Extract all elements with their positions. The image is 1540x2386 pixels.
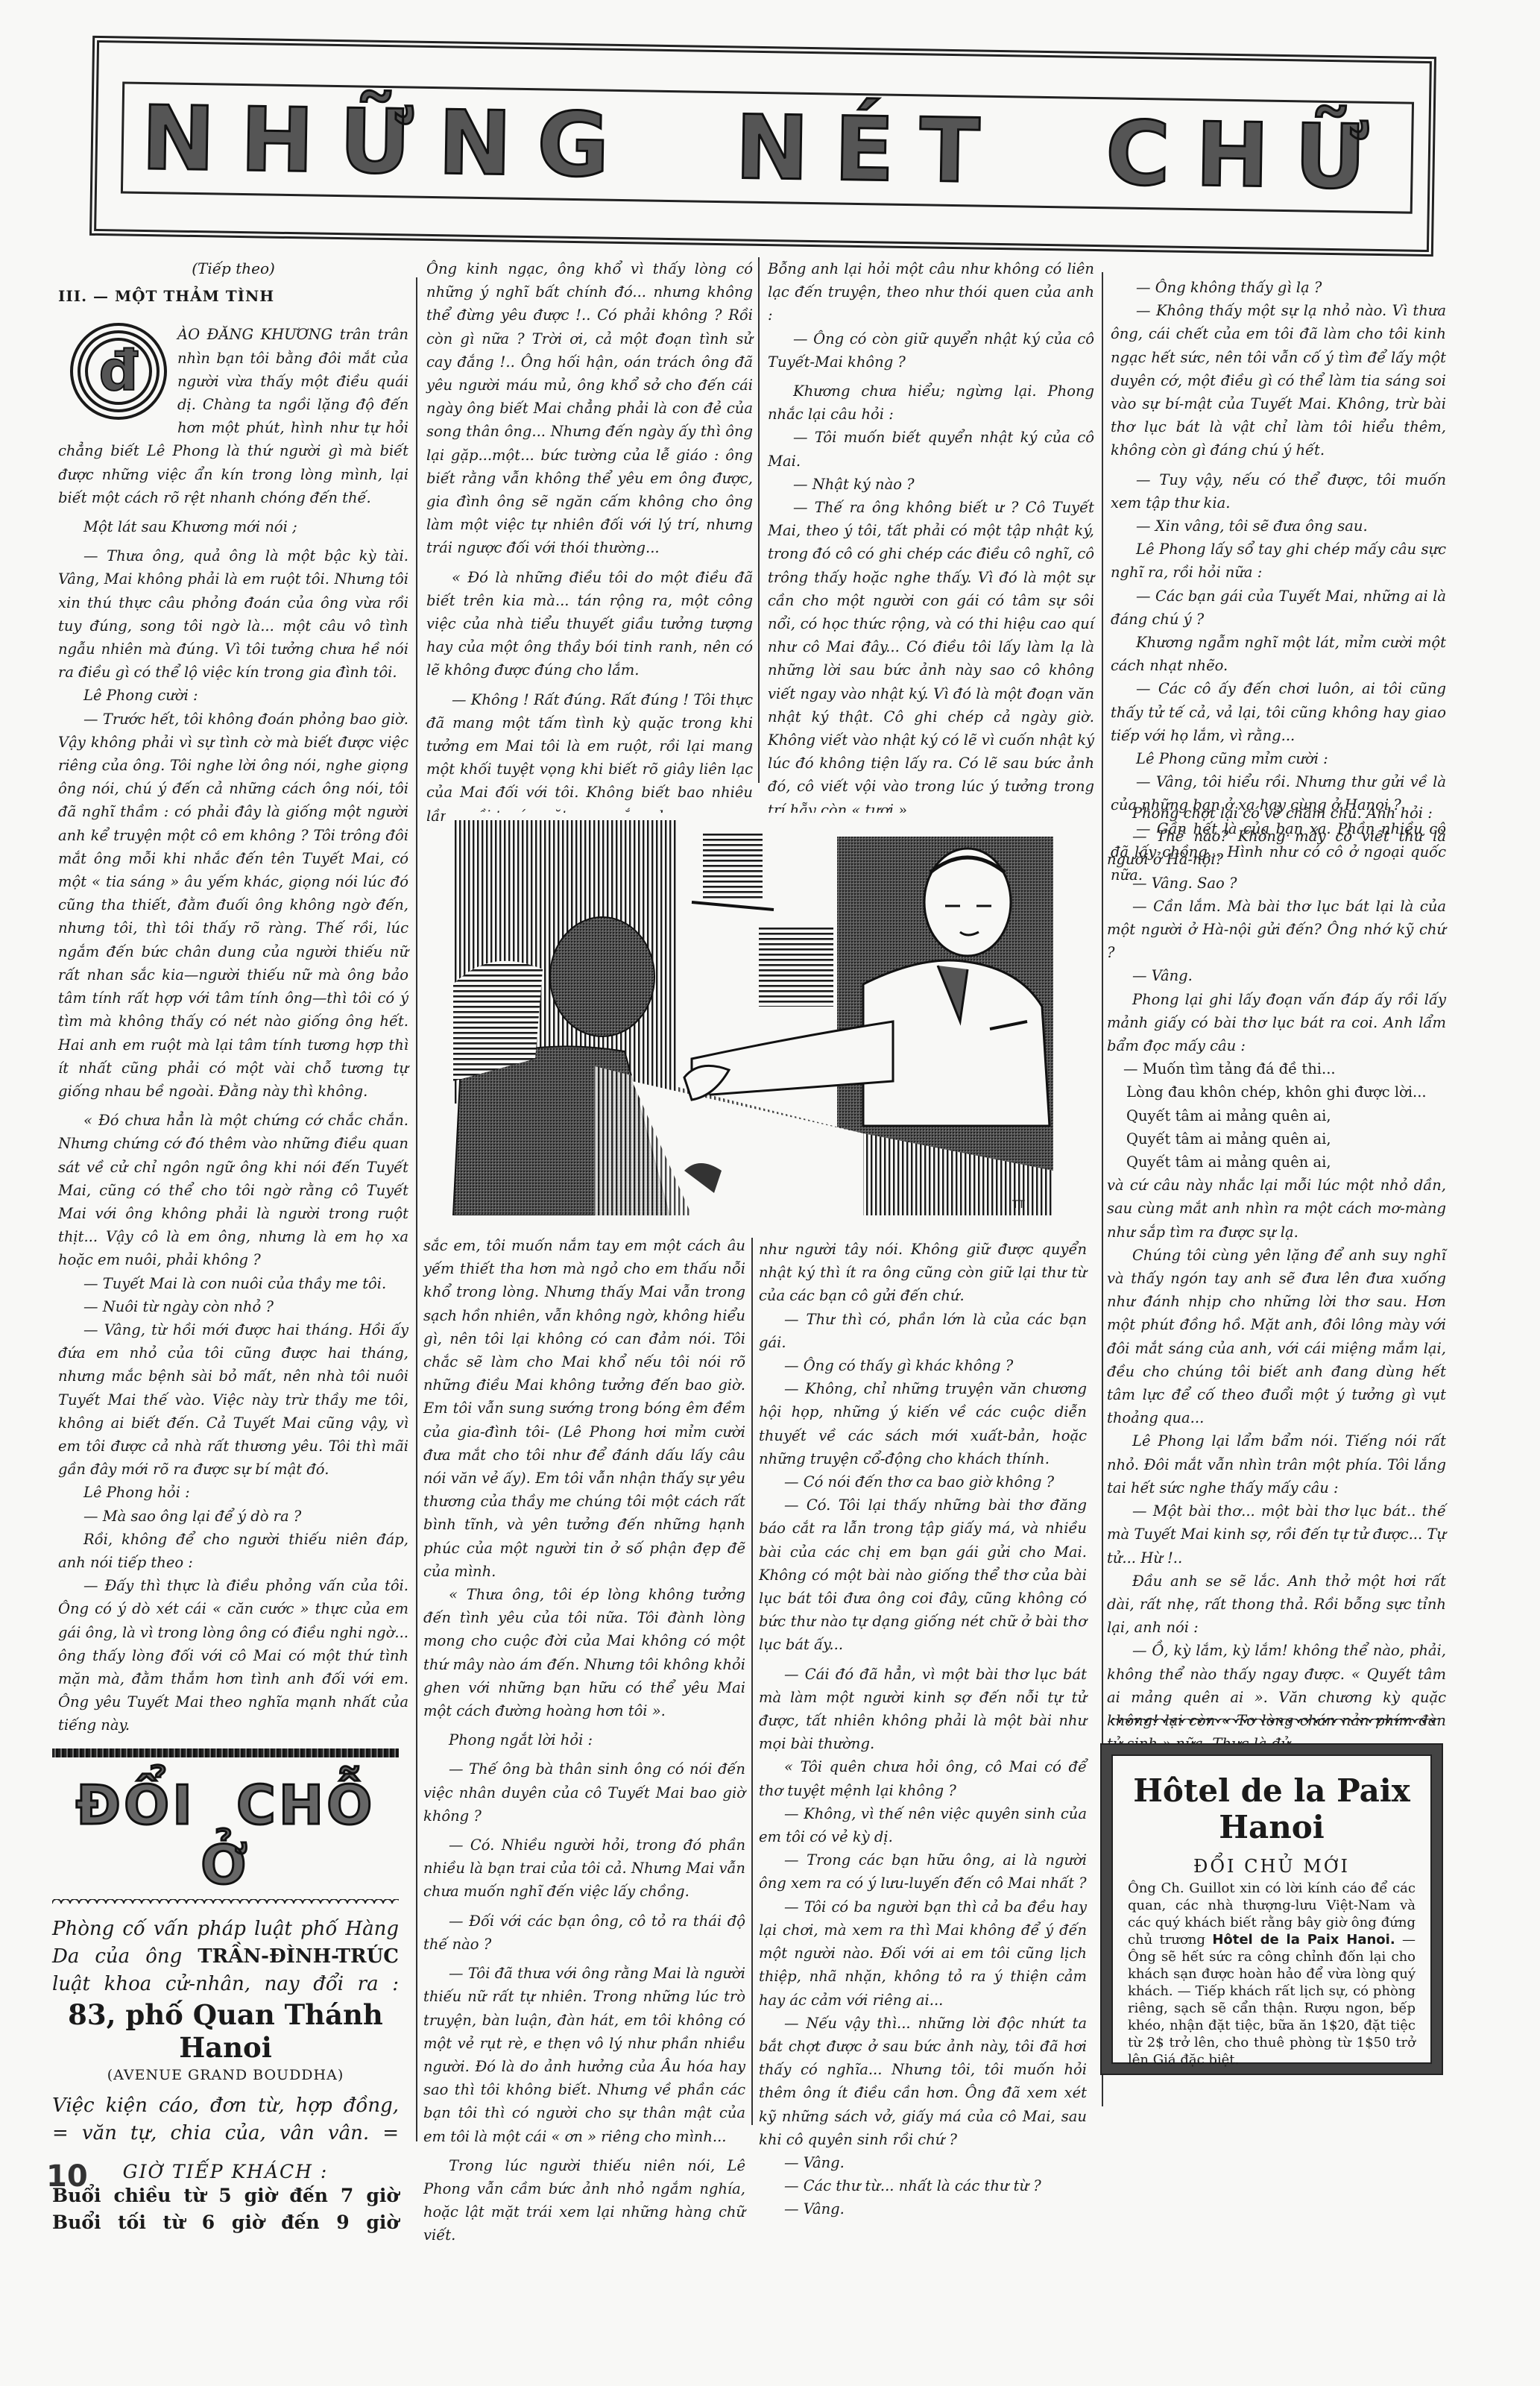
- paragraph: Phong ngắt lời hỏi :: [423, 1728, 745, 1751]
- paragraph: Ông kinh ngạc, ông khổ vì thấy lòng có n…: [426, 257, 753, 560]
- paragraph: — Ồ, kỳ lắm, kỳ lắm! không thể nào, phải…: [1107, 1639, 1446, 1755]
- dropcap-letter: đ: [70, 323, 167, 420]
- paragraph: — Có. Nhiều người hỏi, trong đó phần nhi…: [423, 1833, 745, 1904]
- paragraph: — Ông có thấy gì khác không ?: [759, 1354, 1087, 1377]
- paragraph: — Có nói đến thơ ca bao giờ không ?: [759, 1470, 1087, 1493]
- paragraph: — Vâng.: [759, 2151, 1087, 2174]
- dropcap-ornament-icon: đ: [70, 323, 167, 420]
- paragraph: sắc em, tôi muốn nắm tay em một cách âu …: [423, 1234, 745, 1583]
- paragraph: — Xin vâng, tôi sẽ đưa ông sau.: [1111, 514, 1446, 538]
- moving-office-advertisement: ĐỔI CHỖ Ở Phòng cố vấn pháp luật phố Hàn…: [52, 1748, 399, 2236]
- paragraph: — Thế ông bà thân sinh ông có nói đến vi…: [423, 1757, 745, 1828]
- paragraph: — Một bài thơ... một bài thơ lục bát.. t…: [1107, 1499, 1446, 1570]
- page-number: 10: [46, 2159, 88, 2194]
- column-divider: [416, 277, 417, 2141]
- paragraph: — Tôi có ba người bạn thì cả ba đều hay …: [759, 1895, 1087, 2012]
- paragraph: — Cần lắm. Mà bài thơ lục bát lại là của…: [1107, 895, 1446, 965]
- paragraph: « Đó là những điều tôi do một điều đã bi…: [426, 566, 753, 682]
- paragraph: « Đó chưa hẳn là một chứng cớ chắc chắn.…: [58, 1109, 408, 1271]
- story-column-1: (Tiếp theo) III. — MỘT THẢM TÌNH đ ÀO ĐĂ…: [58, 257, 408, 1737]
- paragraph: — Trước hết, tôi không đoán phỏng bao gi…: [58, 708, 408, 1103]
- column-divider: [751, 1238, 753, 2125]
- ad-hours: Buổi chiều từ 5 giờ đến 7 giờ: [52, 2182, 399, 2209]
- ad-services: Việc kiện cáo, đơn từ, hợp đồng,: [52, 2092, 399, 2120]
- story-column-2-bottom: sắc em, tôi muốn nắm tay em một cách âu …: [423, 1234, 745, 2247]
- artist-signature: TT: [1012, 1199, 1025, 1211]
- hotel-name: Hôtel de la Paix Hanoi: [1111, 1772, 1432, 1845]
- paragraph: — Không, vì thế nên việc quyên sinh của …: [759, 1802, 1087, 1848]
- ad-line: Phòng cố vấn pháp luật phố Hàng: [52, 1916, 399, 1943]
- paragraph: — Cái đó đã hẳn, vì một bài thơ lục bát …: [759, 1663, 1087, 1756]
- paragraph: — Vâng.: [759, 2197, 1087, 2220]
- wavy-divider: [1111, 1719, 1439, 1729]
- paragraph: — Thưa ông, quả ông là một bậc kỳ tài. V…: [58, 544, 408, 684]
- hotel-subtitle: ĐỔI CHỦ MỚI: [1111, 1856, 1432, 1877]
- masthead-frame: NHỮNG NÉT CHỮ: [94, 40, 1432, 252]
- ad-hours-title: GIỜ TIẾP KHÁCH :: [52, 2161, 399, 2182]
- ornamental-divider: [52, 1748, 399, 1757]
- paragraph: « Tôi quên chưa hỏi ông, cô Mai có để th…: [759, 1755, 1087, 1801]
- page-title: NHỮNG NÉT CHỮ: [123, 84, 1412, 212]
- paragraph: Rồi, không để cho người thiếu niên đáp, …: [58, 1528, 408, 1574]
- ad-line: luật khoa cử-nhân, nay đổi ra :: [52, 1971, 399, 1998]
- paragraph: Lê Phong lấy sổ tay ghi chép mấy câu sực…: [1111, 538, 1446, 584]
- story-illustration: TT: [446, 813, 1058, 1215]
- paragraph: Một lát sau Khương mới nói ;: [58, 515, 408, 538]
- paragraph: Chúng tôi cùng yên lặng để anh suy nghĩ …: [1107, 1244, 1446, 1430]
- ad-hours: Buổi tối từ 6 giờ đến 9 giờ: [52, 2209, 399, 2236]
- paragraph: Đầu anh se sẽ lắc. Anh thở một hơi rất d…: [1107, 1570, 1446, 1640]
- paragraph: — Nếu vậy thì... những lời độc nhứt ta b…: [759, 2012, 1087, 2151]
- paragraph: Lê Phong hỏi :: [58, 1481, 408, 1504]
- ad-headline: ĐỔI CHỖ Ở: [52, 1775, 399, 1895]
- wavy-divider: [52, 1899, 399, 1908]
- paragraph: Trong lúc người thiếu niên nói, Lê Phong…: [423, 2154, 745, 2247]
- paragraph: — Vâng. Sao ?: [1107, 872, 1446, 895]
- paragraph: « Thưa ông, tôi ép lòng không tưởng đến …: [423, 1583, 745, 1722]
- paragraph: — Các thư từ... nhất là các thư từ ?: [759, 2174, 1087, 2197]
- paragraph: — Ông có còn giữ quyển nhật ký của cô Tu…: [768, 327, 1094, 374]
- paragraph: — Tôi muốn biết quyển nhật ký của cô Mai…: [768, 426, 1094, 472]
- story-column-4-bottom: Phong chợt lại có vẻ chăm chú. Anh hỏi :…: [1107, 802, 1446, 1755]
- paragraph: Lê Phong lại lẩm bẩm nói. Tiếng nói rất …: [1107, 1429, 1446, 1499]
- paragraph: Phong lại ghi lấy đoạn vấn đáp ấy rồi lấ…: [1107, 988, 1446, 1058]
- paragraph: — Tuyết Mai là con nuôi của thầy me tôi.: [58, 1272, 408, 1295]
- magazine-page: NHỮNG NÉT CHỮ (Tiếp theo) III. — MỘT THẢ…: [0, 0, 1540, 2386]
- paragraph: — Thế ra ông không biết ư ? Cô Tuyết Mai…: [768, 496, 1094, 822]
- paragraph: Bỗng anh lại hỏi một câu như không có li…: [768, 257, 1094, 327]
- paragraph: — Ông không thấy gì lạ ?: [1111, 276, 1446, 299]
- ad-address-french: (AVENUE GRAND BOUDDHA): [52, 2064, 399, 2086]
- paragraph: — Có. Tôi lại thấy những bài thơ đăng bá…: [759, 1493, 1087, 1656]
- hotel-ad-text: — Ông sẽ hết sức ra công chỉnh đốn lại c…: [1128, 1932, 1416, 2068]
- continued-label: (Tiếp theo): [58, 257, 408, 280]
- ad-line: Da của ông TRẦN-ĐÌNH-TRÚC: [52, 1943, 399, 1971]
- paragraph: — Nuôi từ ngày còn nhỏ ?: [58, 1295, 408, 1318]
- paragraph: Khương chưa hiểu; ngừng lại. Phong nhắc …: [768, 380, 1094, 426]
- story-column-2-top: Ông kinh ngạc, ông khổ vì thấy lòng có n…: [426, 257, 753, 828]
- paragraph: — Trong các bạn hữu ông, ai là người ông…: [759, 1848, 1087, 1895]
- paragraph: và cứ câu này nhắc lại mỗi lúc một nhỏ d…: [1107, 1174, 1446, 1244]
- paragraph: — Vâng.: [1107, 964, 1446, 987]
- paragraph: — Vâng, từ hồi mới được hai tháng. Hồi ấ…: [58, 1318, 408, 1481]
- paragraph: Lê Phong cười :: [58, 684, 408, 707]
- ad-line-prefix: Da của ông: [52, 1945, 182, 1968]
- story-column-4-top: — Ông không thấy gì lạ ? — Không thấy mộ…: [1111, 276, 1446, 887]
- poem-line: Quyết tâm ai mảng quên ai,: [1107, 1127, 1446, 1150]
- paragraph: — Nhật ký nào ?: [768, 473, 1094, 496]
- paragraph: — Tôi đã thưa với ông rằng Mai là người …: [423, 1962, 745, 2148]
- paragraph: — Tuy vậy, nếu có thể được, tôi muốn xem…: [1111, 468, 1446, 514]
- paragraph: — Các bạn gái của Tuyết Mai, những ai là…: [1111, 585, 1446, 631]
- hotel-name-inline: Hôtel de la Paix Hanoi.: [1212, 1932, 1395, 1948]
- poem-line: — Muốn tìm tảng đá đề thi...: [1107, 1057, 1446, 1080]
- paragraph: — Không thấy một sự lạ nhỏ nào. Vì thưa …: [1111, 299, 1446, 462]
- paragraph: — Thư thì có, phần lớn là của các bạn gá…: [759, 1308, 1087, 1354]
- poem-line: Quyết tâm ai mảng quên ai,: [1107, 1104, 1446, 1127]
- section-heading: III. — MỘT THẢM TÌNH: [58, 285, 408, 308]
- paragraph: — Đấy thì thực là điều phỏng vấn của tôi…: [58, 1574, 408, 1737]
- paragraph: Khương ngẫm nghĩ một lát, mỉm cười một c…: [1111, 631, 1446, 677]
- poem-line: Quyết tâm ai mảng quên ai,: [1107, 1150, 1446, 1174]
- masthead-inner-frame: NHỮNG NÉT CHỮ: [121, 81, 1414, 213]
- ad-address: 83, phố Quan Thánh Hanoi: [52, 1998, 399, 2064]
- hotel-advertisement: Hôtel de la Paix Hanoi ĐỔI CHỦ MỚI Ông C…: [1102, 1745, 1442, 2074]
- paragraph: như người tây nói. Không giữ được quyển …: [759, 1238, 1087, 1308]
- lawyer-name: TRẦN-ĐÌNH-TRÚC: [198, 1945, 399, 1968]
- paragraph: Lê Phong cũng mỉm cười :: [1111, 747, 1446, 770]
- paragraph: — Không ! Rất đúng. Rất đúng ! Tôi thực …: [426, 688, 753, 828]
- paragraph: — Các cô ấy đến chơi luôn, ai tôi cũng t…: [1111, 677, 1446, 747]
- poem-line: Lòng đau khôn chép, khôn ghi được lời...: [1107, 1080, 1446, 1104]
- paragraph: Phong chợt lại có vẻ chăm chú. Anh hỏi :: [1107, 802, 1446, 825]
- paragraph: — Không, chỉ những truyện văn chương hội…: [759, 1377, 1087, 1470]
- two-men-handshake-illustration-icon: TT: [446, 813, 1058, 1215]
- ad-services: = văn tự, chia của, vân vân. =: [52, 2120, 399, 2147]
- column-divider: [758, 257, 760, 783]
- paragraph: — Thế nào? Không mấy cô viết thư là ngườ…: [1107, 825, 1446, 871]
- story-column-3-top: Bỗng anh lại hỏi một câu như không có li…: [768, 257, 1094, 822]
- hotel-ad-body: Ông Ch. Guillot xin có lời kính cáo để c…: [1111, 1880, 1432, 2068]
- story-column-3-bottom: như người tây nói. Không giữ được quyển …: [759, 1238, 1087, 2221]
- paragraph: — Đối với các bạn ông, cô tỏ ra thái độ …: [423, 1910, 745, 1956]
- paragraph: — Mà sao ông lại để ý dò ra ?: [58, 1505, 408, 1528]
